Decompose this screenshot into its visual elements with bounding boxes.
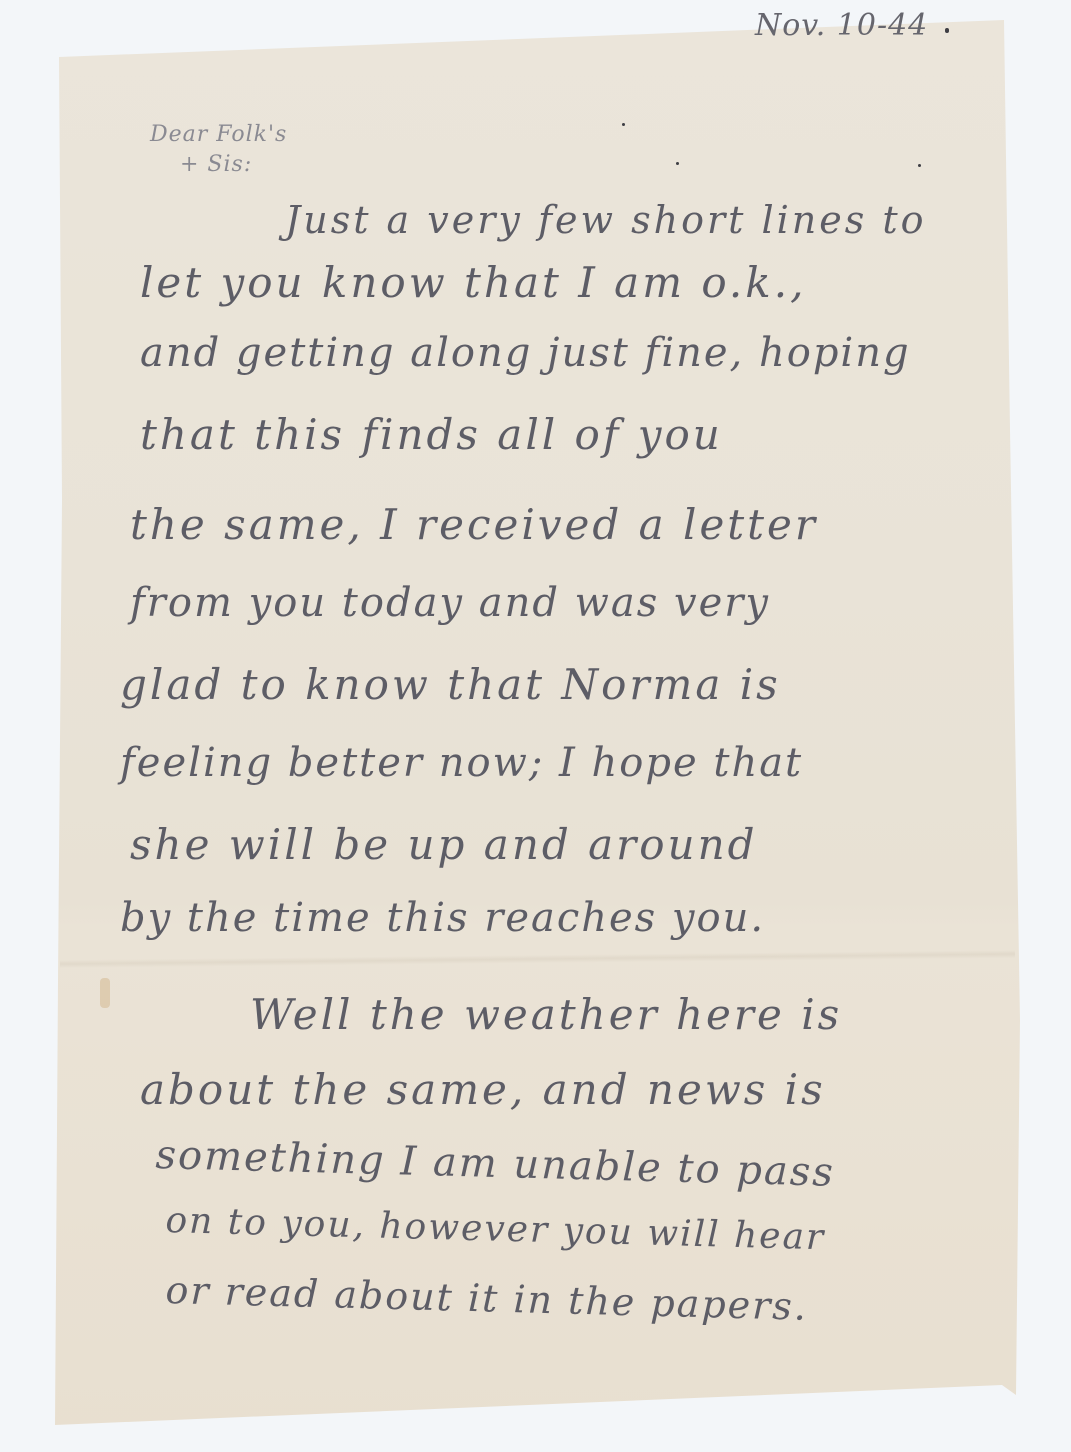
letter-line: Just a very few short lines to (285, 198, 926, 242)
letter-line: that this finds all of you (140, 410, 723, 459)
letter-line: and getting along just fine, hoping (140, 330, 911, 376)
salutation-line-2: + Sis: (180, 152, 252, 177)
letter-date: Nov. 10-44 (755, 8, 928, 43)
letter-line: feeling better now; I hope that (120, 740, 803, 786)
pencil-mark (622, 123, 625, 126)
letter-line: she will be up and around (130, 820, 758, 869)
letter-line: by the time this reaches you. (120, 895, 765, 941)
paper-stain (100, 978, 110, 1008)
letter-line: let you know that I am o.k., (140, 258, 806, 307)
pencil-mark (918, 164, 921, 167)
letter-line: from you today and was very (130, 580, 770, 626)
letter-line: Well the weather here is (250, 990, 842, 1039)
pencil-mark (945, 28, 949, 33)
salutation-line-1: Dear Folk's (150, 122, 287, 147)
pencil-mark (676, 162, 679, 165)
letter-line: glad to know that Norma is (120, 660, 781, 709)
letter-line: about the same, and news is (140, 1065, 826, 1114)
letter-line: the same, I received a letter (130, 500, 818, 549)
